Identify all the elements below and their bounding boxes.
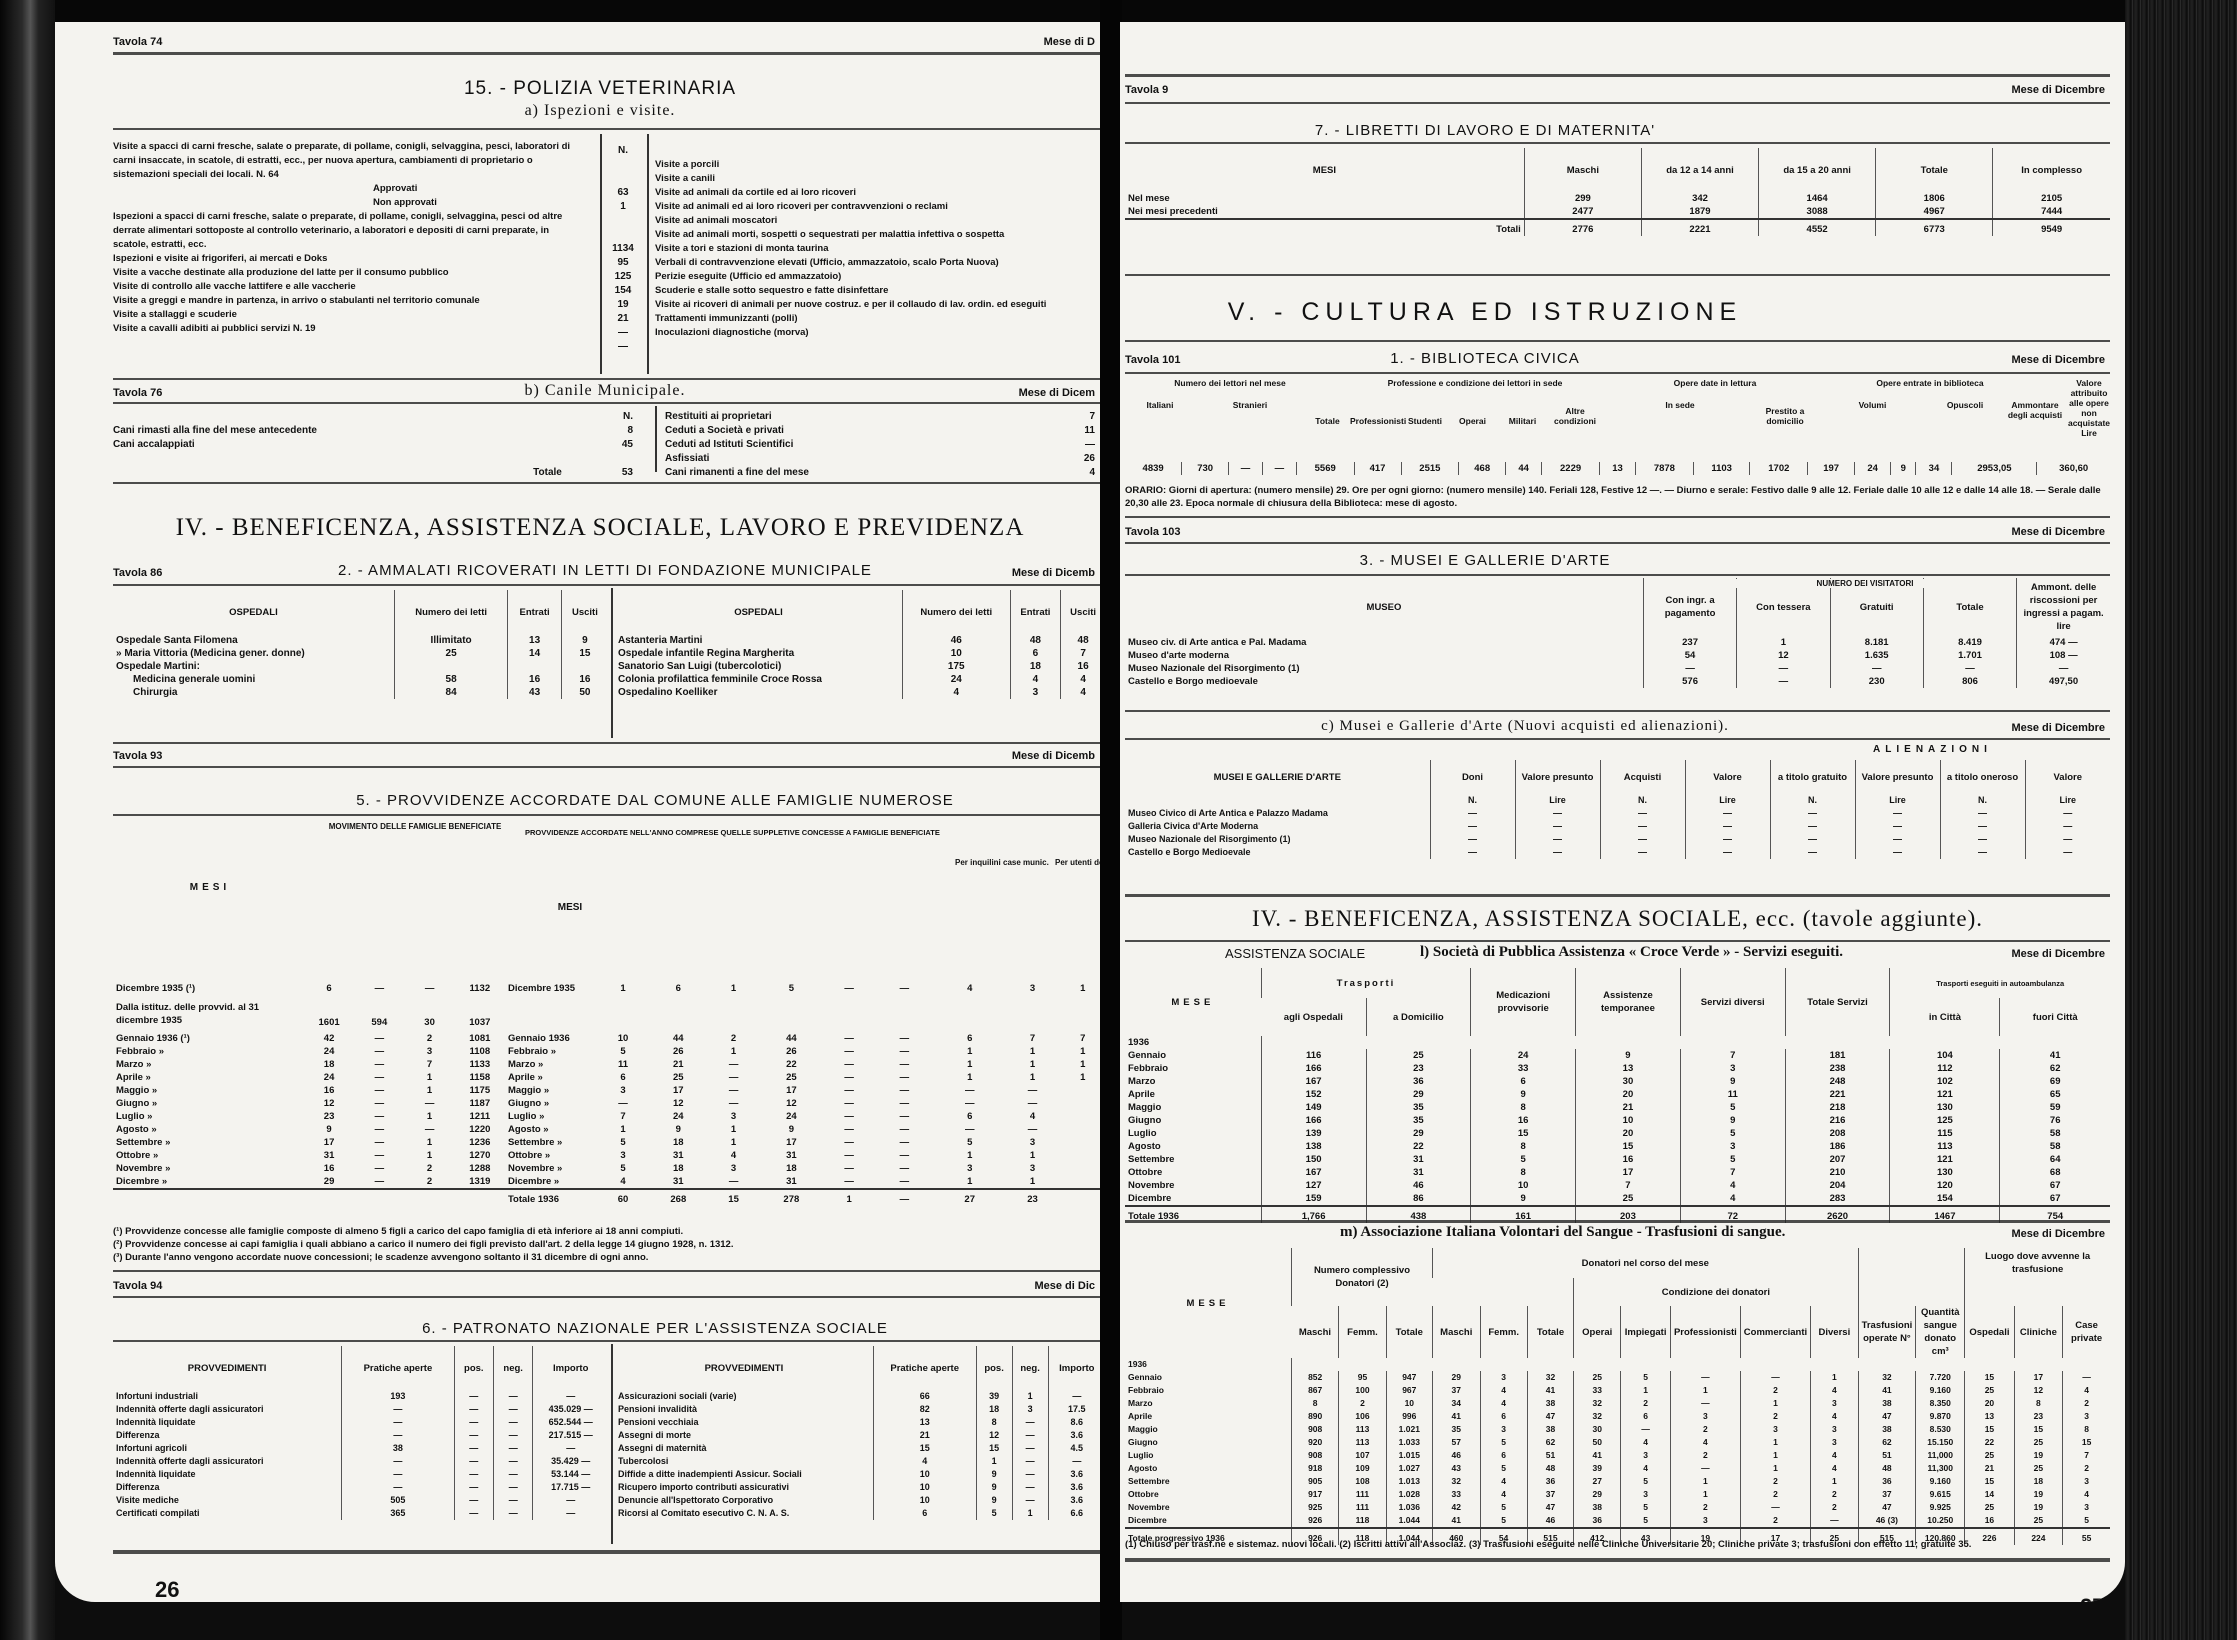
cell: 15 <box>2063 1436 2110 1449</box>
cell: — <box>1012 1468 1048 1481</box>
cell: 8 <box>2063 1423 2110 1436</box>
unit-label: N. <box>1430 794 1515 807</box>
cell: — <box>342 1403 454 1416</box>
cell: 6 <box>595 1071 650 1084</box>
cell: 113 <box>1339 1436 1386 1449</box>
cell: 86 <box>1366 1192 1471 1206</box>
cell: Maggio <box>1125 1101 1261 1114</box>
cell: 27 <box>1574 1475 1621 1488</box>
year-label: 1936 <box>1125 1036 1261 1049</box>
cell: Differenza <box>113 1429 342 1442</box>
cell: 1108 <box>455 1045 505 1058</box>
table-row: Febbraio166233313323811262 <box>1125 1062 2110 1075</box>
cell: 9 <box>1680 1114 1785 1127</box>
cell: 23 <box>1007 1189 1057 1206</box>
cell: 8.350 <box>1916 1397 1965 1410</box>
cell: 1 <box>1670 1384 1740 1397</box>
cell: 115 <box>1890 1127 2000 1140</box>
cell: — <box>1012 1494 1048 1507</box>
cell: Ospedalino Koelliker <box>615 686 902 699</box>
cell: 852 <box>1291 1371 1338 1384</box>
cell: 9 <box>304 1123 354 1136</box>
row-value: — <box>1085 438 1095 452</box>
cell: 12 <box>2014 1384 2063 1397</box>
tavola-86-mese: Mese di Dicemb <box>955 567 1095 579</box>
cell: Museo Nazionale del Risorgimento (1) <box>1125 833 1430 846</box>
cell: Gennaio 1936 <box>505 1032 595 1045</box>
cell: — <box>533 1442 608 1455</box>
cell: 4 <box>595 1175 650 1189</box>
cell: 2229 <box>1542 462 1600 475</box>
cell: — <box>2017 662 2110 675</box>
column-header: MESE <box>1125 1248 1291 1358</box>
cell: Ospedale Santa Filomena <box>113 634 394 647</box>
cell: 1 <box>1740 1449 1810 1462</box>
cell: 920 <box>1291 1436 1338 1449</box>
list-item: Approvati <box>373 182 583 196</box>
cell: 44 <box>761 1032 821 1045</box>
cell <box>394 660 508 673</box>
table-row: Maggio9081131.0213533830—233388.53015158 <box>1125 1423 2110 1436</box>
table-row: Cani accalappiati45 <box>113 438 653 452</box>
cell: — <box>877 1032 932 1045</box>
tavola-76-label: Tavola 76 <box>113 387 162 399</box>
cell: 4 <box>1811 1462 1858 1475</box>
cell: 7 <box>404 1058 454 1071</box>
cell: 66 <box>873 1390 976 1403</box>
cell: 5 <box>1471 1153 1576 1166</box>
cell: — <box>1012 1416 1048 1429</box>
tavola-94-label: Tavola 94 <box>113 1280 162 1292</box>
cell: 30 <box>1574 1423 1621 1436</box>
cell: — <box>1855 807 1940 820</box>
cell: 3 <box>1680 1140 1785 1153</box>
cell: 1 <box>1007 1045 1057 1058</box>
cell: Dalla istituz. delle provvid. al 31 dice… <box>113 995 304 1029</box>
cell: 64 <box>2000 1153 2110 1166</box>
cell: 4 <box>1480 1488 1527 1501</box>
table-row: Maggio14935821521813059 <box>1125 1101 2110 1114</box>
cell: 36 <box>1366 1075 1471 1088</box>
cell: 1288 <box>455 1162 505 1175</box>
croce-verde-title: l) Società di Pubblica Assistenza « Croc… <box>1420 944 1843 961</box>
cell: Dicembre 1935 (¹) <box>113 982 304 995</box>
cell: Colonia profilattica femminile Croce Ros… <box>615 673 902 686</box>
cell: 15 <box>1576 1140 1681 1153</box>
cell: Castello e Borgo Medioevale <box>1125 846 1430 859</box>
cell: Dicembre 1935 <box>505 982 595 995</box>
cell: 51 <box>1858 1449 1916 1462</box>
cell: — <box>1670 1462 1740 1475</box>
cell: 1 <box>932 1149 1007 1162</box>
cell: 1 <box>404 1071 454 1084</box>
cell: 1879 <box>1641 205 1758 219</box>
cell: Giugno <box>1125 1114 1261 1127</box>
cell: 5569 <box>1296 462 1354 475</box>
cell: 15 <box>1965 1371 2014 1384</box>
cell: 468 <box>1459 462 1506 475</box>
cell: 1.013 <box>1386 1475 1432 1488</box>
cell: Ottobre <box>1125 1166 1261 1179</box>
table-row: Luglio »23—11211Luglio »724324——64 <box>113 1110 1100 1123</box>
cell: 16 <box>1576 1153 1681 1166</box>
cell: — <box>1515 846 1600 859</box>
cell: 867 <box>1291 1384 1338 1397</box>
column-header: Totale <box>1305 416 1350 426</box>
cell: 1806 <box>1876 192 1993 205</box>
cell: 806 <box>1923 675 2016 688</box>
cell: 46 <box>1527 1514 1573 1528</box>
cell: 25 <box>761 1071 821 1084</box>
cell: — <box>494 1481 533 1494</box>
table-row: Ospedale infantile Regina Margherita1067 <box>615 647 1100 660</box>
column-header: Totale <box>1527 1306 1573 1358</box>
column-header: Cliniche <box>2014 1306 2063 1358</box>
cell: 3 <box>1010 686 1061 699</box>
value: 154 <box>603 284 643 298</box>
cell: 9549 <box>1993 219 2110 236</box>
cell: — <box>404 1123 454 1136</box>
cell: — <box>354 1045 404 1058</box>
cell: Illimitato <box>394 634 508 647</box>
cell: 31 <box>1366 1166 1471 1179</box>
cell: 44 <box>1506 462 1542 475</box>
cell: — <box>1012 1481 1048 1494</box>
cell: 4 <box>706 1149 761 1162</box>
list-item: Visite ad animali da cortile ed ai loro … <box>655 186 1095 200</box>
cell: — <box>706 1175 761 1189</box>
cell: 268 <box>651 1189 706 1206</box>
cell <box>1058 1084 1100 1097</box>
cell: — <box>1670 1397 1740 1410</box>
cell: 283 <box>1785 1192 1890 1206</box>
cell: — <box>1621 1423 1671 1436</box>
mesi-header: MESI <box>115 882 305 893</box>
cell: 5 <box>1621 1514 1671 1528</box>
table-row: Ospedalino Koelliker434 <box>615 686 1100 699</box>
cell: Infortuni industriali <box>113 1390 342 1403</box>
cell: Settembre » <box>505 1136 595 1149</box>
cell: 505 <box>342 1494 454 1507</box>
cell <box>561 660 608 673</box>
cell: 2 <box>1670 1423 1740 1436</box>
cell: 10 <box>1386 1397 1432 1410</box>
cell: 159 <box>1261 1192 1366 1206</box>
cell: 6 <box>932 1032 1007 1045</box>
cell: 34 <box>1433 1397 1481 1410</box>
cell: 9 <box>761 1123 821 1136</box>
cell: — <box>822 1032 877 1045</box>
column-header: Importo <box>1048 1346 1100 1390</box>
cell: — <box>1940 807 2025 820</box>
cell: — <box>822 982 877 995</box>
table-row: Marzo16736630924810269 <box>1125 1075 2110 1088</box>
cell: 278 <box>761 1189 821 1206</box>
cell: 1.701 <box>1923 649 2016 662</box>
cell: 3.6 <box>1048 1429 1100 1442</box>
cell: 186 <box>1785 1140 1890 1153</box>
cell: 7 <box>1061 647 1100 660</box>
column-header: Trasporti eseguiti in autoambulanza <box>1890 968 2110 998</box>
cell: 65 <box>2000 1088 2110 1101</box>
cell: 8.6 <box>1048 1416 1100 1429</box>
cell: 1103 <box>1693 462 1750 475</box>
cell: 7444 <box>1993 205 2110 219</box>
right-book-edge <box>2125 0 2237 1640</box>
cell: 299 <box>1524 192 1641 205</box>
cell: 106 <box>1339 1410 1386 1423</box>
cell: 10 <box>1576 1114 1681 1127</box>
cell: 9 <box>561 634 608 647</box>
column-header: Luogo dove avvenne la trasfusione <box>1965 1248 2110 1278</box>
cell: — <box>1737 675 1830 688</box>
cell: 967 <box>1386 1384 1432 1397</box>
cell: 130 <box>1890 1101 2000 1114</box>
cell: Novembre <box>1125 1501 1291 1514</box>
cell: Medicina generale uomini <box>113 673 394 686</box>
cell: Aprile <box>1125 1410 1291 1423</box>
cell: 5 <box>1480 1501 1527 1514</box>
cell: 127 <box>1261 1179 1366 1192</box>
column-header: Volumi <box>1825 400 1920 410</box>
cell: — <box>454 1481 493 1494</box>
cell: 1 <box>706 1123 761 1136</box>
cell: 149 <box>1261 1101 1366 1114</box>
column-header: Quantità sangue donato cm³ <box>1916 1306 1965 1358</box>
cell: 41 <box>1433 1410 1481 1423</box>
total-row: Totale 193660268152781—2723 <box>113 1189 1100 1206</box>
cell: 1 <box>1058 1045 1100 1058</box>
cell: Settembre » <box>113 1136 304 1149</box>
cell: 108 <box>1339 1475 1386 1488</box>
provvidenze-table: Dicembre 1935 (¹)6——1132Dicembre 1935161… <box>113 982 1100 1029</box>
cell: 7 <box>1680 1166 1785 1179</box>
column-header: Maschi <box>1291 1306 1338 1358</box>
cell: 2 <box>1740 1410 1810 1423</box>
cell: — <box>1515 820 1600 833</box>
cell: 11 <box>595 1058 650 1071</box>
table-row: Astanteria Martini464848 <box>615 634 1100 647</box>
cell: 8 <box>1291 1397 1338 1410</box>
cell: 30 <box>404 995 454 1029</box>
cell: 3 <box>932 1162 1007 1175</box>
table-row: Pensioni vecchiaia138—8.6 <box>615 1416 1100 1429</box>
cell: Ottobre <box>1125 1488 1291 1501</box>
cell: 4 <box>1621 1436 1671 1449</box>
row-value: 45 <box>622 438 653 452</box>
cell: — <box>454 1455 493 1468</box>
cell: Indennità liquidate <box>113 1468 342 1481</box>
cell: 121 <box>1890 1153 2000 1166</box>
cell: 20 <box>1576 1088 1681 1101</box>
cell: 121 <box>1890 1088 2000 1101</box>
cell: — <box>1685 846 1770 859</box>
cell: 1 <box>404 1084 454 1097</box>
list-item: Visite a cavalli adibiti ai pubblici ser… <box>113 322 583 336</box>
patronato-table-left: PROVVEDIMENTIPratiche apertepos.neg.Impo… <box>113 1346 608 1520</box>
cell: 2 <box>2063 1462 2110 1475</box>
table-row: Febbraio »24—31108Febbraio »526126——111 <box>113 1045 1100 1058</box>
cell: — <box>1012 1455 1048 1468</box>
cell <box>1058 1110 1100 1123</box>
cell: 1 <box>1811 1475 1858 1488</box>
cell: 5 <box>761 982 821 995</box>
cell: 6 <box>932 1110 1007 1123</box>
table-row: Maggio »16—11175Maggio »317—17———— <box>113 1084 1100 1097</box>
cell: 29 <box>1366 1127 1471 1140</box>
table-row: Asfissiati26 <box>665 452 1095 466</box>
column-header: Pratiche aperte <box>342 1346 454 1390</box>
cell: Settembre <box>1125 1153 1261 1166</box>
cell: Indennità offerte dagli assicuratori <box>113 1455 342 1468</box>
cell: — <box>1430 846 1515 859</box>
canile-right: Restituiti ai proprietari7 Ceduti a Soci… <box>665 410 1095 480</box>
cell: — <box>454 1468 493 1481</box>
cell: Dicembre <box>1125 1192 1261 1206</box>
cell: — <box>494 1403 533 1416</box>
cell: — <box>822 1097 877 1110</box>
table-row: Denuncie all'Ispettorato Corporativo109—… <box>615 1494 1100 1507</box>
cell: — <box>1737 662 1830 675</box>
cell: 18 <box>1010 660 1061 673</box>
cell: — <box>1830 662 1923 675</box>
column-header: Italiani <box>1125 400 1195 410</box>
cell: 5 <box>1680 1127 1785 1140</box>
cell: 31 <box>1366 1153 1471 1166</box>
cell: 4 <box>2063 1384 2110 1397</box>
table-row: Novembre9251111.036425473852—2479.925251… <box>1125 1501 2110 1514</box>
cell: Maggio » <box>113 1084 304 1097</box>
cell: 62 <box>1527 1436 1573 1449</box>
cell: — <box>706 1071 761 1084</box>
cell: 996 <box>1386 1410 1432 1423</box>
cell: 2221 <box>1641 219 1758 236</box>
cell: 1133 <box>455 1058 505 1071</box>
column-header: MUSEI E GALLERIE D'ARTE <box>1125 760 1430 794</box>
provvidenze-footnotes: (¹) Provvidenze concesse alle famiglie c… <box>113 1225 1100 1264</box>
column-header: Altre condizioni <box>1550 406 1600 426</box>
table-row: Infortuni industriali193——— <box>113 1390 608 1403</box>
cell: 5 <box>976 1507 1012 1520</box>
cell: — <box>877 1071 932 1084</box>
cell: Marzo <box>1125 1397 1291 1410</box>
cell: 7878 <box>1636 462 1694 475</box>
cell: 15 <box>1965 1423 2014 1436</box>
cell: 50 <box>1574 1436 1621 1449</box>
cell: 111 <box>1339 1488 1386 1501</box>
cell: — <box>1600 833 1685 846</box>
cell: — <box>354 1110 404 1123</box>
musei-acquisti-table: MUSEI E GALLERIE D'ARTEDoniValore presun… <box>1125 760 2110 859</box>
cell: — <box>2025 820 2110 833</box>
provvidenze-group-header: Provvidenze accordate nell'anno comprese… <box>525 828 1100 837</box>
cell: — <box>1685 820 1770 833</box>
cell: 36 <box>1527 1475 1573 1488</box>
cell: 25 <box>1574 1371 1621 1384</box>
cell: Aprile » <box>113 1071 304 1084</box>
cell: 10 <box>873 1468 976 1481</box>
cell: 5 <box>2063 1514 2110 1528</box>
avis-table: MESENumero complessivo Donatori (2)Donat… <box>1125 1248 2110 1545</box>
musei-acquisti-mese: Mese di Dicembre <box>1920 722 2105 734</box>
cell: 4 <box>2063 1488 2110 1501</box>
column-header: in Città <box>1890 998 2000 1036</box>
cell: 5 <box>932 1136 1007 1149</box>
cell: — <box>1430 807 1515 820</box>
cell: — <box>1923 662 2016 675</box>
cell: 1.027 <box>1386 1462 1432 1475</box>
cell: 905 <box>1291 1475 1338 1488</box>
cell: 39 <box>1574 1462 1621 1475</box>
cell: 1464 <box>1759 192 1876 205</box>
cell: 4 <box>1680 1179 1785 1192</box>
total-row: Totali27762221455267739549 <box>1125 219 2110 236</box>
column-header: pos. <box>976 1346 1012 1390</box>
patronato-table-right: PROVVEDIMENTIPratiche apertepos.neg.Impo… <box>615 1346 1100 1520</box>
cell: Febbraio » <box>505 1045 595 1058</box>
cell: 37 <box>1858 1488 1916 1501</box>
cell: 12 <box>651 1097 706 1110</box>
cell: Dicembre <box>1125 1514 1291 1528</box>
value: 1 <box>603 200 643 214</box>
cell: — <box>454 1403 493 1416</box>
cell <box>1058 1097 1100 1110</box>
cell: Totali <box>1125 219 1524 236</box>
cell: — <box>877 1149 932 1162</box>
cell: — <box>822 1175 877 1189</box>
cell: 76 <box>2000 1114 2110 1127</box>
cell: 138 <box>1261 1140 1366 1153</box>
cell: — <box>354 1071 404 1084</box>
cell: 3 <box>1621 1488 1671 1501</box>
cell: 17 <box>761 1084 821 1097</box>
column-header: Usciti <box>1061 590 1100 634</box>
tavola-103-label: Tavola 103 <box>1125 526 1180 538</box>
cell: 10 <box>902 647 1010 660</box>
cell: 41 <box>1574 1449 1621 1462</box>
column-header: Usciti <box>561 590 608 634</box>
cell: 12 <box>304 1097 354 1110</box>
cell: 21 <box>651 1058 706 1071</box>
cell: — <box>533 1494 608 1507</box>
cell: 4 <box>1010 673 1061 686</box>
cell: 1 <box>932 1058 1007 1071</box>
cell: 3 <box>2063 1475 2110 1488</box>
cell: — <box>877 1162 932 1175</box>
row-value: 7 <box>1089 410 1095 424</box>
cell: 24 <box>1855 462 1891 475</box>
cell: 31 <box>761 1175 821 1189</box>
cell: — <box>494 1429 533 1442</box>
cell: 3 <box>1012 1403 1048 1416</box>
cell: 20 <box>1576 1127 1681 1140</box>
cell: 3 <box>1007 982 1057 995</box>
cell: 175 <box>902 660 1010 673</box>
cell: 48 <box>1010 634 1061 647</box>
table-row: Tubercolosi41—— <box>615 1455 1100 1468</box>
column-header: Medicazioni provvisorie <box>1471 968 1576 1036</box>
cell: 908 <box>1291 1449 1338 1462</box>
cell: 47 <box>1527 1501 1573 1514</box>
cell: — <box>1940 820 2025 833</box>
cell: 22 <box>1366 1140 1471 1153</box>
cell: Marzo » <box>505 1058 595 1071</box>
cell: 5 <box>595 1045 650 1058</box>
cell: — <box>822 1162 877 1175</box>
cell: 3 <box>1480 1371 1527 1384</box>
musei-title: 3. - MUSEI E GALLERIE D'ARTE <box>1125 552 1845 569</box>
book-gutter <box>1100 0 1122 1640</box>
